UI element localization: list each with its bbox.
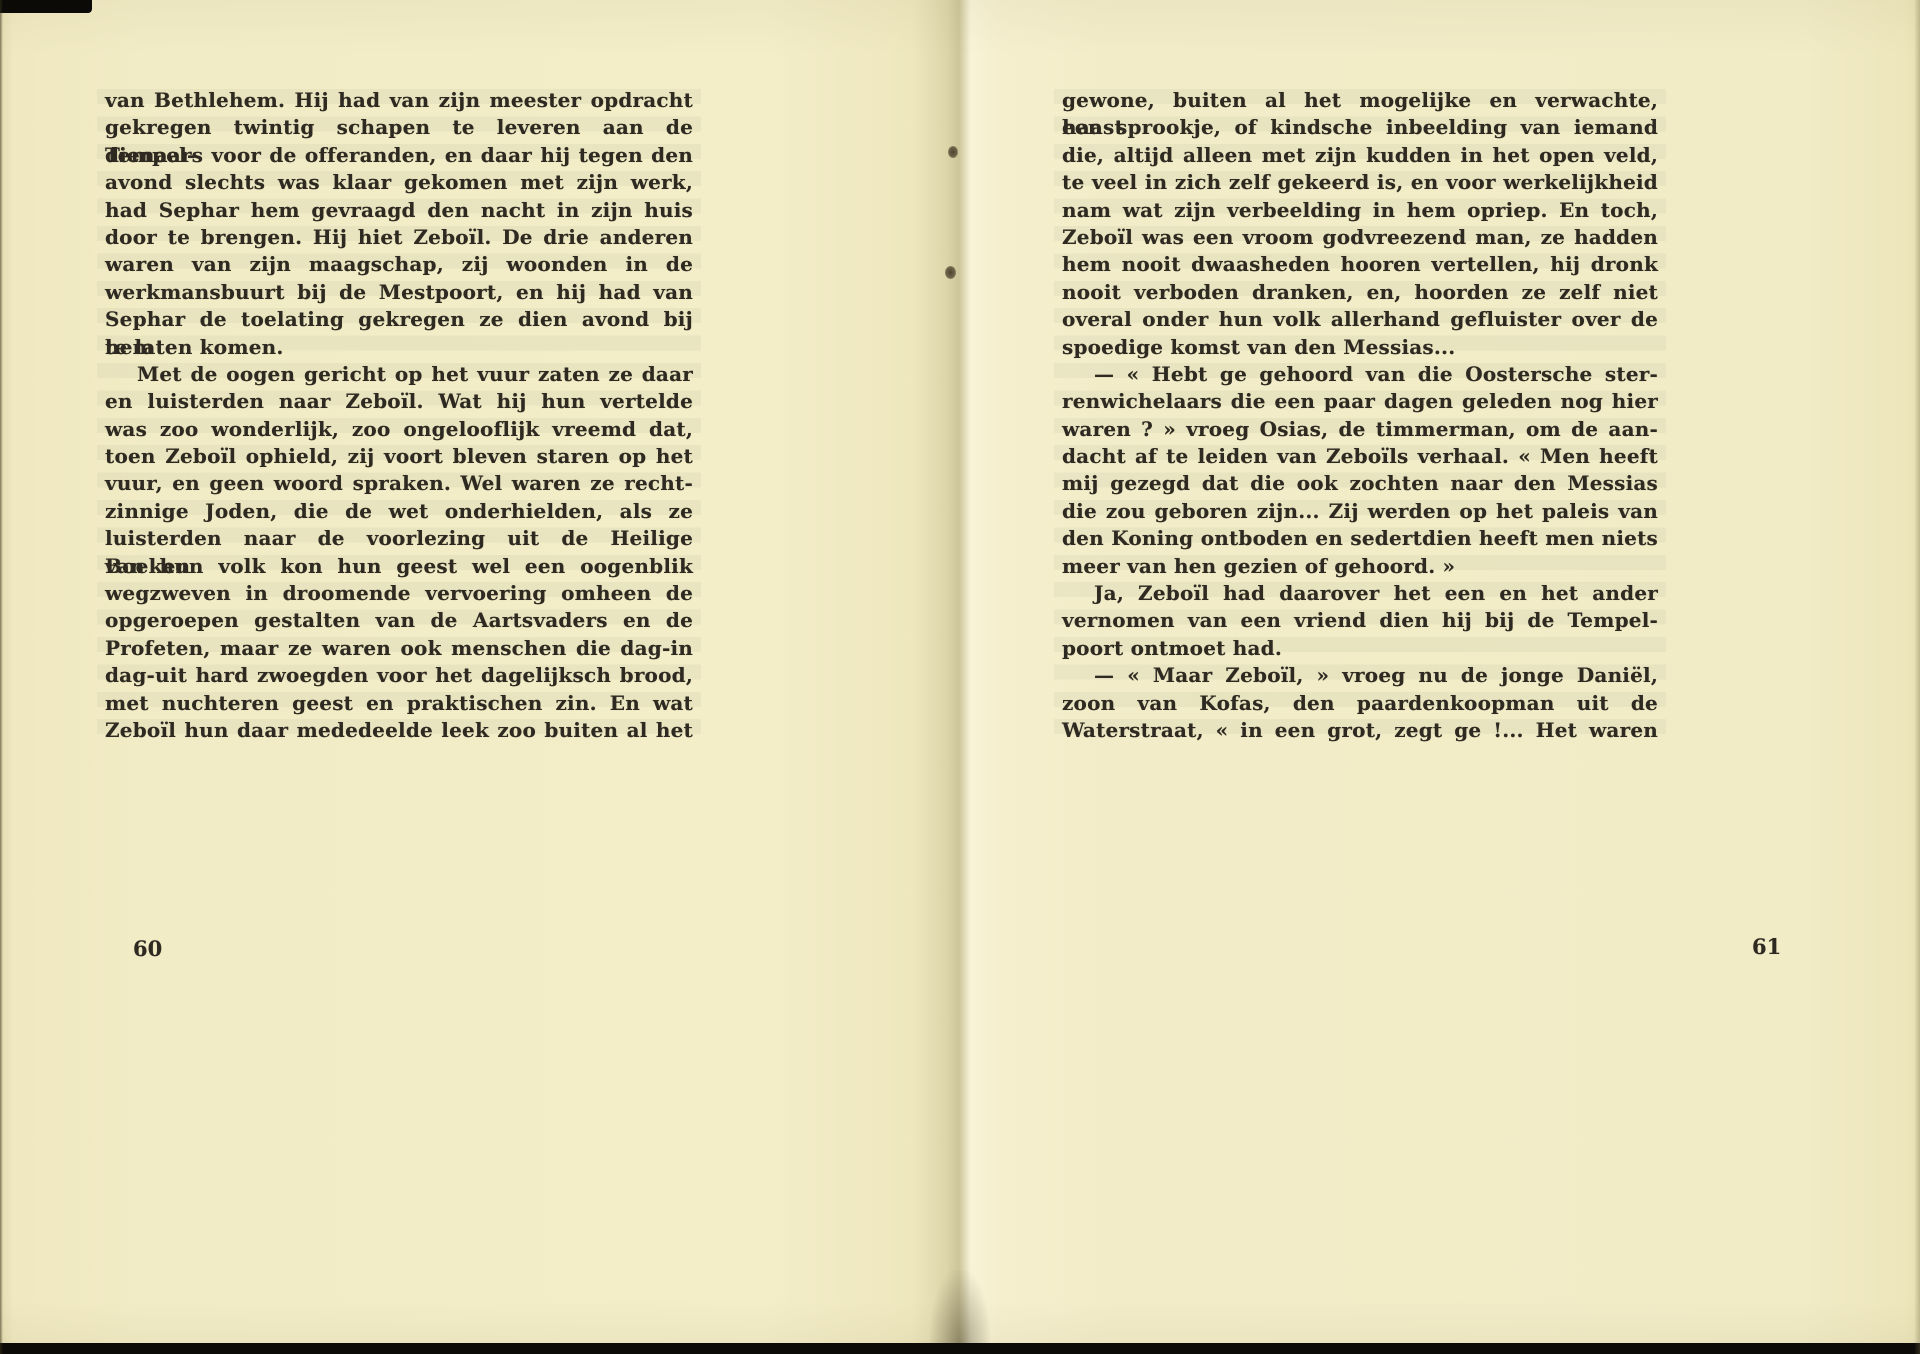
text-line: met nuchteren geest en praktischen zin. … [105, 690, 693, 717]
text-line: Zeboïl was een vroom godvreezend man, ze… [1062, 224, 1658, 251]
scan-edge-artifact-top-left [0, 0, 92, 13]
text-line: had Sephar hem gevraagd den nacht in zij… [105, 197, 693, 224]
text-line: zinnige Joden, die de wet onderhielden, … [105, 498, 693, 525]
text-line: een sprookje, of kindsche inbeelding van… [1062, 114, 1658, 141]
text-line: door te brengen. Hij hiet Zeboïl. De dri… [105, 224, 693, 251]
text-line: Met de oogen gericht op het vuur zaten z… [105, 361, 693, 388]
page-right-text: gewone, buiten al het mogelijke en verwa… [1062, 87, 1658, 744]
text-line: renwichelaars die een paar dagen geleden… [1062, 388, 1658, 415]
text-line: opgeroepen gestalten van de Aartsvaders … [105, 607, 693, 634]
text-line: den Koning ontboden en sedertdien heeft … [1062, 525, 1658, 552]
text-line: vernomen van een vriend dien hij bij de … [1062, 607, 1658, 634]
text-line: meer van hen gezien of gehoord. » [1062, 553, 1658, 580]
text-line: avond slechts was klaar gekomen met zijn… [105, 169, 693, 196]
text-line: nooit verboden dranken, en, hoorden ze z… [1062, 279, 1658, 306]
text-line: waren ? » vroeg Osias, de timmerman, om … [1062, 416, 1658, 443]
text-line: zoon van Kofas, den paardenkoopman uit d… [1062, 690, 1658, 717]
text-line: spoedige komst van den Messias... [1062, 334, 1658, 361]
text-line: van Bethlehem. Hij had van zijn meester … [105, 87, 693, 114]
text-line: dag-uit hard zwoegden voor het dagelijks… [105, 662, 693, 689]
text-line: overal onder hun volk allerhand gefluist… [1062, 306, 1658, 333]
text-line: Profeten, maar ze waren ook menschen die… [105, 635, 693, 662]
text-line: Ja, Zeboïl had daarover het een en het a… [1062, 580, 1658, 607]
text-line: nam wat zijn verbeelding in hem opriep. … [1062, 197, 1658, 224]
scan-edge-artifact-right [1914, 0, 1920, 1354]
text-line: mij gezegd dat die ook zochten naar den … [1062, 470, 1658, 497]
text-line: poort ontmoet had. [1062, 635, 1658, 662]
text-line: van hun volk kon hun geest wel een oogen… [105, 553, 693, 580]
text-line: werkmansbuurt bij de Mestpoort, en hij h… [105, 279, 693, 306]
text-line: die, altijd alleen met zijn kudden in he… [1062, 142, 1658, 169]
scan-edge-artifact-left [0, 0, 3, 1354]
gutter-fold-shadow [930, 1270, 990, 1354]
text-line: wegzweven in droomende vervoering omheen… [105, 580, 693, 607]
text-line: hem nooit dwaasheden hooren vertellen, h… [1062, 251, 1658, 278]
text-line: toen Zeboïl ophield, zij voort bleven st… [105, 443, 693, 470]
text-line: gekregen twintig schapen te leveren aan … [105, 114, 693, 141]
scan-edge-artifact-bottom [0, 1343, 1920, 1354]
binding-stitch [948, 146, 958, 158]
text-line: Sephar de toelating gekregen ze dien avo… [105, 306, 693, 333]
page-left-text: van Bethlehem. Hij had van zijn meester … [105, 87, 693, 744]
binding-stitch [945, 266, 956, 279]
text-line: gewone, buiten al het mogelijke en verwa… [1062, 87, 1658, 114]
book-spread: van Bethlehem. Hij had van zijn meester … [0, 0, 1920, 1354]
text-line: luisterden naar de voorlezing uit de Hei… [105, 525, 693, 552]
text-line: Zeboïl hun daar mededeelde leek zoo buit… [105, 717, 693, 744]
text-line: — « Hebt ge gehoord van die Oostersche s… [1062, 361, 1658, 388]
text-line: vuur, en geen woord spraken. Wel waren z… [105, 470, 693, 497]
page-number-left: 60 [133, 936, 162, 961]
text-line: dienaars voor de offeranden, en daar hij… [105, 142, 693, 169]
text-line: — « Maar Zeboïl, » vroeg nu de jonge Dan… [1062, 662, 1658, 689]
page-number-right: 61 [1752, 934, 1781, 959]
text-line: was zoo wonderlijk, zoo ongelooflijk vre… [105, 416, 693, 443]
text-line: te laten komen. [105, 334, 693, 361]
text-line: dacht af te leiden van Zeboïls verhaal. … [1062, 443, 1658, 470]
text-line: Waterstraat, « in een grot, zegt ge !...… [1062, 717, 1658, 744]
text-line: te veel in zich zelf gekeerd is, en voor… [1062, 169, 1658, 196]
text-line: die zou geboren zijn... Zij werden op he… [1062, 498, 1658, 525]
text-line: waren van zijn maagschap, zij woonden in… [105, 251, 693, 278]
text-line: en luisterden naar Zeboïl. Wat hij hun v… [105, 388, 693, 415]
